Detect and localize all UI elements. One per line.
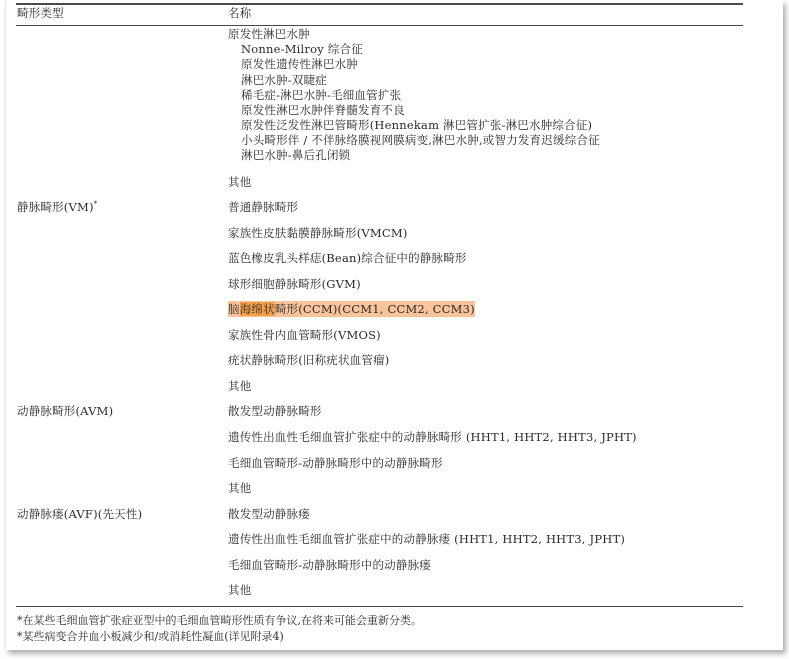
header-type: 畸形类型 — [17, 6, 64, 21]
category-avf: 动静脉瘘(AVF)(先天性) — [17, 507, 142, 522]
lymph-group-title: 原发性淋巴水肿 — [228, 27, 310, 42]
avm-item: 遗传性出血性毛细血管扩张症中的动静脉畸形 (HHT1, HHT2, HHT3, … — [228, 430, 637, 445]
avf-item: 其他 — [228, 583, 251, 598]
avf-item: 散发型动静脉瘘 — [228, 507, 310, 522]
table-bottom-rule — [16, 606, 743, 607]
avf-item: 毛细血管畸形-动静脉畸形中的动静脉瘘 — [228, 558, 431, 573]
lymph-sub-item: 原发性遗传性淋巴水肿 — [241, 57, 358, 72]
table-top-rule — [16, 3, 743, 5]
lymph-sub-item: 原发性淋巴水肿伴脊髓发育不良 — [241, 103, 405, 118]
lymph-sub-item: 原发性泛发性淋巴管畸形(Hennekam 淋巴管扩张-淋巴水肿综合征) — [241, 118, 592, 133]
highlight-suffix: 畸形(CCM)(CCM1, CCM2, CCM3) — [275, 302, 475, 316]
footnote-1: *在某些毛细血管扩张症亚型中的毛细血管畸形性质有争议,在将来可能会重新分类。 — [17, 614, 422, 628]
footnote-mark: * — [94, 200, 98, 208]
vm-item: 其他 — [228, 379, 251, 394]
category-avm: 动静脉畸形(AVM) — [17, 404, 113, 419]
vm-item: 家族性骨内血管畸形(VMOS) — [228, 328, 381, 343]
avm-item: 其他 — [228, 481, 251, 496]
category-vm: 静脉畸形(VM)* — [17, 200, 97, 215]
vm-item: 普通静脉畸形 — [228, 200, 298, 215]
table-header-rule — [16, 25, 743, 26]
footnote-2: *某些病变合并血小板减少和/或消耗性凝血(详见附录4) — [17, 630, 284, 644]
highlight-span: 脑海绵状畸形(CCM)(CCM1, CCM2, CCM3) — [228, 301, 475, 317]
lymph-sub-item: 淋巴水肿-鼻后孔闭锁 — [241, 148, 350, 163]
category-vm-label: 静脉畸形(VM) — [17, 200, 94, 214]
document-page: 畸形类型 名称 原发性淋巴水肿 Nonne-Milroy 综合征 原发性遗传性淋… — [5, 0, 783, 650]
avm-item: 毛细血管畸形-动静脉畸形中的动静脉畸形 — [228, 456, 443, 471]
vm-item: 家族性皮肤黏膜静脉畸形(VMCM) — [228, 226, 408, 241]
vm-item-highlighted: 脑海绵状畸形(CCM)(CCM1, CCM2, CCM3) — [228, 302, 475, 317]
vm-item: 球形细胞静脉畸形(GVM) — [228, 277, 361, 292]
lymph-other: 其他 — [228, 175, 251, 190]
lymph-sub-item: 淋巴水肿-双睫症 — [241, 73, 327, 88]
lymph-sub-item: 小头畸形伴 / 不伴脉络膜视网膜病变,淋巴水肿,或智力发育迟缓综合征 — [241, 133, 600, 148]
header-name: 名称 — [228, 6, 251, 21]
highlight-prefix: 脑 — [228, 302, 240, 316]
avf-item: 遗传性出血性毛细血管扩张症中的动静脉瘘 (HHT1, HHT2, HHT3, J… — [228, 532, 625, 547]
avm-item: 散发型动静脉畸形 — [228, 404, 322, 419]
lymph-sub-item: 稀毛症-淋巴水肿-毛细血管扩张 — [241, 88, 401, 103]
highlight-strong: 海绵状 — [240, 302, 275, 316]
vm-item: 疣状静脉畸形(旧称疣状血管瘤) — [228, 353, 389, 368]
lymph-sub-item: Nonne-Milroy 综合征 — [241, 42, 363, 57]
vm-item: 蓝色橡皮乳头样痣(Bean)综合征中的静脉畸形 — [228, 251, 467, 266]
